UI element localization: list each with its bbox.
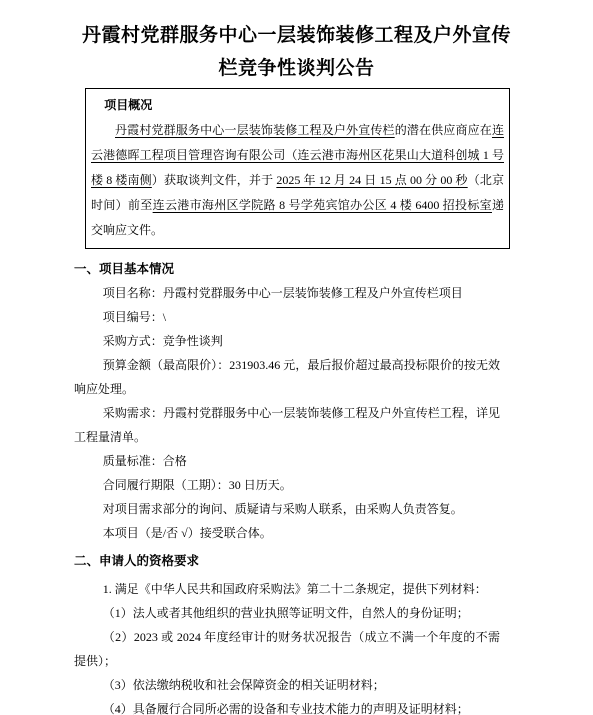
overview-text-1: 的潜在供应商应在 xyxy=(395,123,492,137)
section-1-heading: 一、项目基本情况 xyxy=(74,257,500,281)
procurement-demand-line: 采购需求：丹霞村党群服务中心一层装饰装修工程及户外宣传栏工程，详见工程量清单。 xyxy=(74,401,500,449)
consortium-line: 本项目（是/否 √）接受联合体。 xyxy=(74,521,500,545)
page-title-line-1: 丹霞村党群服务中心一层装饰装修工程及户外宣传 xyxy=(74,19,519,52)
document-page: 丹霞村党群服务中心一层装饰装修工程及户外宣传 栏竞争性谈判公告 项目概况 丹霞村… xyxy=(0,0,593,715)
page-title-line-2: 栏竞争性谈判公告 xyxy=(74,52,519,85)
qualification-material-4: （4）具备履行合同所必需的设备和专业技术能力的声明及证明材料； xyxy=(74,697,500,715)
overview-text-2: ）获取谈判文件，并于 xyxy=(152,173,277,187)
project-name-line: 项目名称：丹霞村党群服务中心一层装饰装修工程及户外宣传栏项目 xyxy=(74,281,500,305)
qualification-material-1: （1）法人或者其他组织的营业执照等证明文件，自然人的身份证明； xyxy=(74,601,500,625)
contract-duration-line: 合同履行期限（工期）：30 日历天。 xyxy=(74,473,500,497)
qualification-requirement-line: 1. 满足《中华人民共和国政府采购法》第二十二条规定，提供下列材料： xyxy=(74,577,500,601)
project-name-underlined: 丹霞村党群服务中心一层装饰装修工程及户外宣传栏 xyxy=(115,123,395,137)
document-body: 一、项目基本情况 项目名称：丹霞村党群服务中心一层装饰装修工程及户外宣传栏项目 … xyxy=(74,257,500,715)
page-title: 丹霞村党群服务中心一层装饰装修工程及户外宣传 栏竞争性谈判公告 xyxy=(74,19,519,85)
deadline-underlined: 2025 年 12 月 24 日 15 点 00 分 00 秒 xyxy=(276,173,467,187)
qualification-material-2: （2）2023 或 2024 年度经审计的财务状况报告（成立不满一个年度的不需提… xyxy=(74,625,500,673)
project-number-line: 项目编号：\ xyxy=(74,305,500,329)
quality-standard-line: 质量标准：合格 xyxy=(74,449,500,473)
section-2-heading: 二、申请人的资格要求 xyxy=(74,549,500,573)
overview-heading: 项目概况 xyxy=(91,93,504,118)
budget-line: 预算金额（最高限价）：231903.46 元，最后报价超过最高投标限价的按无效响… xyxy=(74,353,500,401)
procurement-method-line: 采购方式：竞争性谈判 xyxy=(74,329,500,353)
project-overview-box: 项目概况 丹霞村党群服务中心一层装饰装修工程及户外宣传栏的潜在供应商应在连云港德… xyxy=(85,88,510,249)
submission-address-underlined: 连云港市海州区学院路 8 号学苑宾馆办公区 4 楼 6400 招投标室 xyxy=(153,198,492,212)
inquiry-contact-line: 对项目需求部分的询问、质疑请与采购人联系，由采购人负责答复。 xyxy=(74,497,500,521)
overview-paragraph: 丹霞村党群服务中心一层装饰装修工程及户外宣传栏的潜在供应商应在连云港德晖工程项目… xyxy=(91,118,504,243)
qualification-material-3: （3）依法缴纳税收和社会保障资金的相关证明材料； xyxy=(74,673,500,697)
